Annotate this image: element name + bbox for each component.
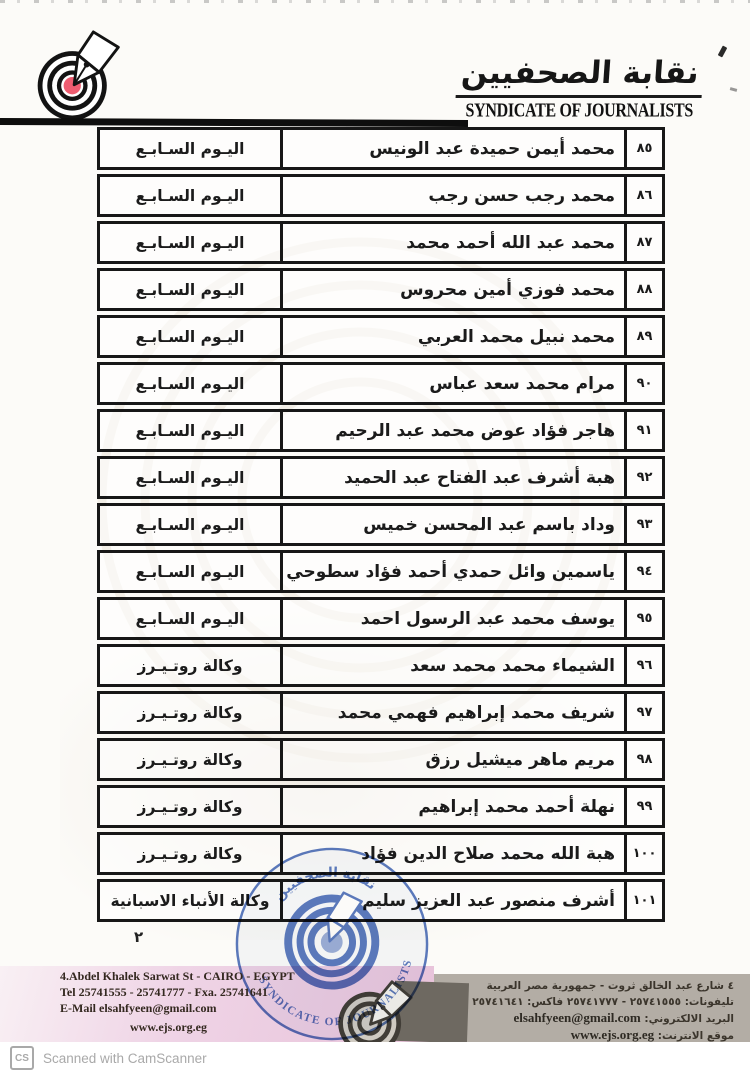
table-row: ٨٦محمد رجب حسن رجباليـوم السـابـع — [97, 174, 665, 217]
member-name-cell: هاجر فؤاد عوض محمد عبد الرحيم — [280, 412, 624, 449]
row-number-cell: ١٠١ — [624, 882, 662, 919]
row-number-cell: ٩٠ — [624, 365, 662, 402]
table-row: ٨٥محمد أيمن حميدة عبد الونيساليـوم السـا… — [97, 127, 665, 170]
brand-english-title: SYNDICATE OF JOURNALISTS — [457, 100, 703, 123]
table-row: ٨٨محمد فوزي أمين محروساليـوم السـابـع — [97, 268, 665, 311]
row-number-cell: ٩٧ — [624, 694, 662, 731]
member-name-cell: محمد رجب حسن رجب — [280, 177, 624, 214]
footer-email-label-ar: البريد الالكتروني: — [644, 1013, 734, 1025]
member-name-cell: محمد أيمن حميدة عبد الونيس — [280, 130, 624, 167]
organization-cell: وكالة روتـيـرز — [100, 788, 280, 825]
organization-cell: وكالة روتـيـرز — [100, 835, 280, 872]
member-name-cell: مريم ماهر ميشيل رزق — [280, 741, 624, 778]
footer-address-ar: ٤ شارع عبد الخالق ثروت - جمهورية مصر الع… — [416, 978, 734, 994]
footer-website-en: www.ejs.org.eg — [130, 1019, 380, 1035]
ink-speck — [730, 87, 738, 92]
table-row: ٩٢هبة أشرف عبد الفتاح عبد الحميداليـوم ا… — [97, 456, 665, 499]
footer-email-en: E-Mail elsahfyeen@gmail.com — [60, 1000, 380, 1016]
organization-cell: وكالة الأنباء الاسبانية — [100, 882, 280, 919]
footer-email-ar: البريد الالكتروني: elsahfyeen@gmail.com — [416, 1010, 734, 1027]
member-name-cell: نهلة أحمد محمد إبراهيم — [280, 788, 624, 825]
table-row: ٩٨مريم ماهر ميشيل رزقوكالة روتـيـرز — [97, 738, 665, 781]
member-name-cell: محمد نبيل محمد العربي — [280, 318, 624, 355]
row-number-cell: ٩٣ — [624, 506, 662, 543]
organization-cell: وكالة روتـيـرز — [100, 741, 280, 778]
footer-email-value: elsahfyeen@gmail.com — [513, 1010, 640, 1025]
organization-cell: اليـوم السـابـع — [100, 506, 280, 543]
organization-cell: اليـوم السـابـع — [100, 318, 280, 355]
organization-cell: اليـوم السـابـع — [100, 412, 280, 449]
table-row: ١٠٠هبة الله محمد صلاح الدين فؤادوكالة رو… — [97, 832, 665, 875]
member-name-cell: أشرف منصور عبد العزيز سليم — [280, 882, 624, 919]
member-name-cell: ياسمين وائل حمدي أحمد فؤاد سطوحي — [280, 553, 624, 590]
member-name-cell: محمد عبد الله أحمد محمد — [280, 224, 624, 261]
table-row: ٩٣وداد باسم عبد المحسن خميساليـوم السـاب… — [97, 503, 665, 546]
table-row: ٨٩محمد نبيل محمد العربياليـوم السـابـع — [97, 315, 665, 358]
row-number-cell: ٨٧ — [624, 224, 662, 261]
table-row: ٩٠مرام محمد سعد عباساليـوم السـابـع — [97, 362, 665, 405]
table-row: ٩١هاجر فؤاد عوض محمد عبد الرحيماليـوم ال… — [97, 409, 665, 452]
table-row: ٩٥يوسف محمد عبد الرسول احمداليـوم السـاب… — [97, 597, 665, 640]
member-name-cell: هبة الله محمد صلاح الدين فؤاد — [280, 835, 624, 872]
footer-website-value: www.ejs.org.eg — [571, 1027, 654, 1042]
row-number-cell: ٨٥ — [624, 130, 662, 167]
camscanner-label: Scanned with CamScanner — [43, 1051, 207, 1066]
row-number-cell: ٩٤ — [624, 553, 662, 590]
row-number-cell: ٨٦ — [624, 177, 662, 214]
member-name-cell: شريف محمد إبراهيم فهمي محمد — [280, 694, 624, 731]
footer-website-label-ar: موقع الانترنت: — [658, 1030, 734, 1042]
row-number-cell: ٩٢ — [624, 459, 662, 496]
scanned-document-page: { "page": { "number_label": "٢" }, "head… — [0, 0, 750, 1074]
table-row: ١٠١أشرف منصور عبد العزيز سليموكالة الأنب… — [97, 879, 665, 922]
organization-cell: اليـوم السـابـع — [100, 553, 280, 590]
row-number-cell: ٩٨ — [624, 741, 662, 778]
organization-cell: اليـوم السـابـع — [100, 177, 280, 214]
footer-phone-en: Tel 25741555 - 25741777 - Fxa. 25741641 — [60, 984, 380, 1000]
footer-phone-ar: تليفونات: ٢٥٧٤١٥٥٥ - ٢٥٧٤١٧٧٧ فاكس: ٢٥٧٤… — [416, 994, 734, 1010]
organization-cell: اليـوم السـابـع — [100, 365, 280, 402]
row-number-cell: ١٠٠ — [624, 835, 662, 872]
ink-speck — [718, 45, 728, 57]
organization-cell: اليـوم السـابـع — [100, 271, 280, 308]
footer-contact-english: 4.Abdel Khalek Sarwat St - CAIRO - EGYPT… — [60, 968, 380, 1035]
member-name-cell: هبة أشرف عبد الفتاح عبد الحميد — [280, 459, 624, 496]
brand-block: نقابة الصحفيين SYNDICATE OF JOURNALISTS — [457, 56, 703, 118]
scan-noise — [0, 0, 750, 3]
member-name-cell: مرام محمد سعد عباس — [280, 365, 624, 402]
table-row: ٩٩نهلة أحمد محمد إبراهيموكالة روتـيـرز — [97, 785, 665, 828]
members-table: ٨٥محمد أيمن حميدة عبد الونيساليـوم السـا… — [97, 127, 665, 926]
organization-cell: اليـوم السـابـع — [100, 459, 280, 496]
organization-cell: اليـوم السـابـع — [100, 130, 280, 167]
organization-cell: وكالة روتـيـرز — [100, 694, 280, 731]
row-number-cell: ٩٩ — [624, 788, 662, 825]
camscanner-badge-icon: CS — [10, 1046, 34, 1070]
footer-contact-arabic: ٤ شارع عبد الخالق ثروت - جمهورية مصر الع… — [416, 978, 740, 1044]
organization-cell: اليـوم السـابـع — [100, 600, 280, 637]
table-row: ٩٤ياسمين وائل حمدي أحمد فؤاد سطوحياليـوم… — [97, 550, 665, 593]
row-number-cell: ٩٥ — [624, 600, 662, 637]
page-number: ٢ — [134, 928, 143, 946]
syndicate-logo-icon — [30, 30, 126, 126]
table-row: ٩٦الشيماء محمد محمد سعدوكالة روتـيـرز — [97, 644, 665, 687]
camscanner-strip: CS Scanned with CamScanner — [0, 1042, 750, 1074]
footer-address-en: 4.Abdel Khalek Sarwat St - CAIRO - EGYPT — [60, 968, 380, 984]
row-number-cell: ٨٨ — [624, 271, 662, 308]
member-name-cell: يوسف محمد عبد الرسول احمد — [280, 600, 624, 637]
row-number-cell: ٩١ — [624, 412, 662, 449]
organization-cell: اليـوم السـابـع — [100, 224, 280, 261]
row-number-cell: ٨٩ — [624, 318, 662, 355]
table-row: ٨٧محمد عبد الله أحمد محمداليـوم السـابـع — [97, 221, 665, 264]
organization-cell: وكالة روتـيـرز — [100, 647, 280, 684]
member-name-cell: وداد باسم عبد المحسن خميس — [280, 506, 624, 543]
brand-arabic-calligraphy: نقابة الصحفيين — [455, 56, 703, 98]
member-name-cell: الشيماء محمد محمد سعد — [280, 647, 624, 684]
table-row: ٩٧شريف محمد إبراهيم فهمي محمدوكالة روتـي… — [97, 691, 665, 734]
member-name-cell: محمد فوزي أمين محروس — [280, 271, 624, 308]
row-number-cell: ٩٦ — [624, 647, 662, 684]
